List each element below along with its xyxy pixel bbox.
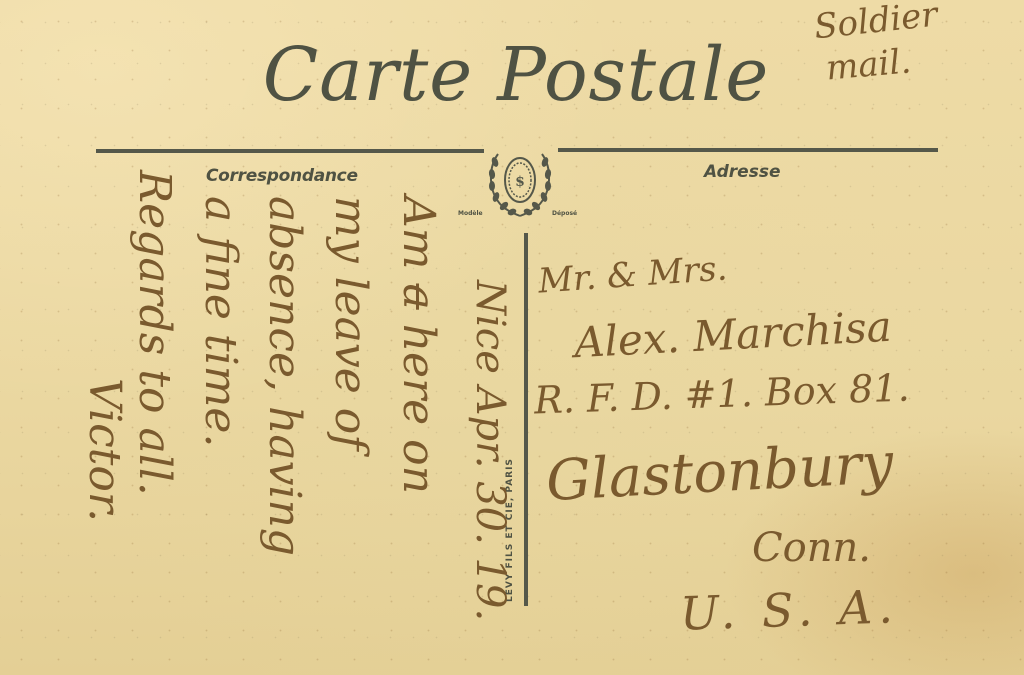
correspondence-line: my leave of xyxy=(328,196,372,451)
soldier-mail-annotation-line2: mail. xyxy=(825,44,913,85)
correspondence-line: Am a here on xyxy=(396,196,440,494)
address-label: Adresse xyxy=(704,162,780,182)
address-line-state: Conn. xyxy=(752,525,871,571)
emblem-caption-right: Déposé xyxy=(552,210,577,217)
correspondence-label: Correspondance xyxy=(206,166,358,186)
correspondence-text: here on xyxy=(393,310,444,494)
postcard: Carte Postale Soldier mail. Correspondan… xyxy=(0,0,1024,675)
laurel-wreath-crest-icon: $ xyxy=(484,146,556,220)
center-divider xyxy=(524,233,528,606)
emblem-caption-left: Modèle xyxy=(458,210,483,217)
correspondence-date: Nice Apr. 30. 19. xyxy=(470,280,510,621)
header-divider-right xyxy=(558,148,938,152)
address-line-country: U. S. A. xyxy=(679,579,900,641)
struck-out-word: a xyxy=(393,283,444,309)
correspondence-line: absence, having xyxy=(262,196,306,556)
correspondence-signature: Victor. xyxy=(82,378,126,522)
correspondence-line: a fine time. xyxy=(198,196,242,447)
correspondence-text: Am xyxy=(393,196,444,283)
card-title: Carte Postale xyxy=(232,38,800,112)
svg-text:$: $ xyxy=(515,174,525,190)
correspondence-line: Regards to all. xyxy=(132,170,176,496)
header-divider-left xyxy=(96,149,484,153)
